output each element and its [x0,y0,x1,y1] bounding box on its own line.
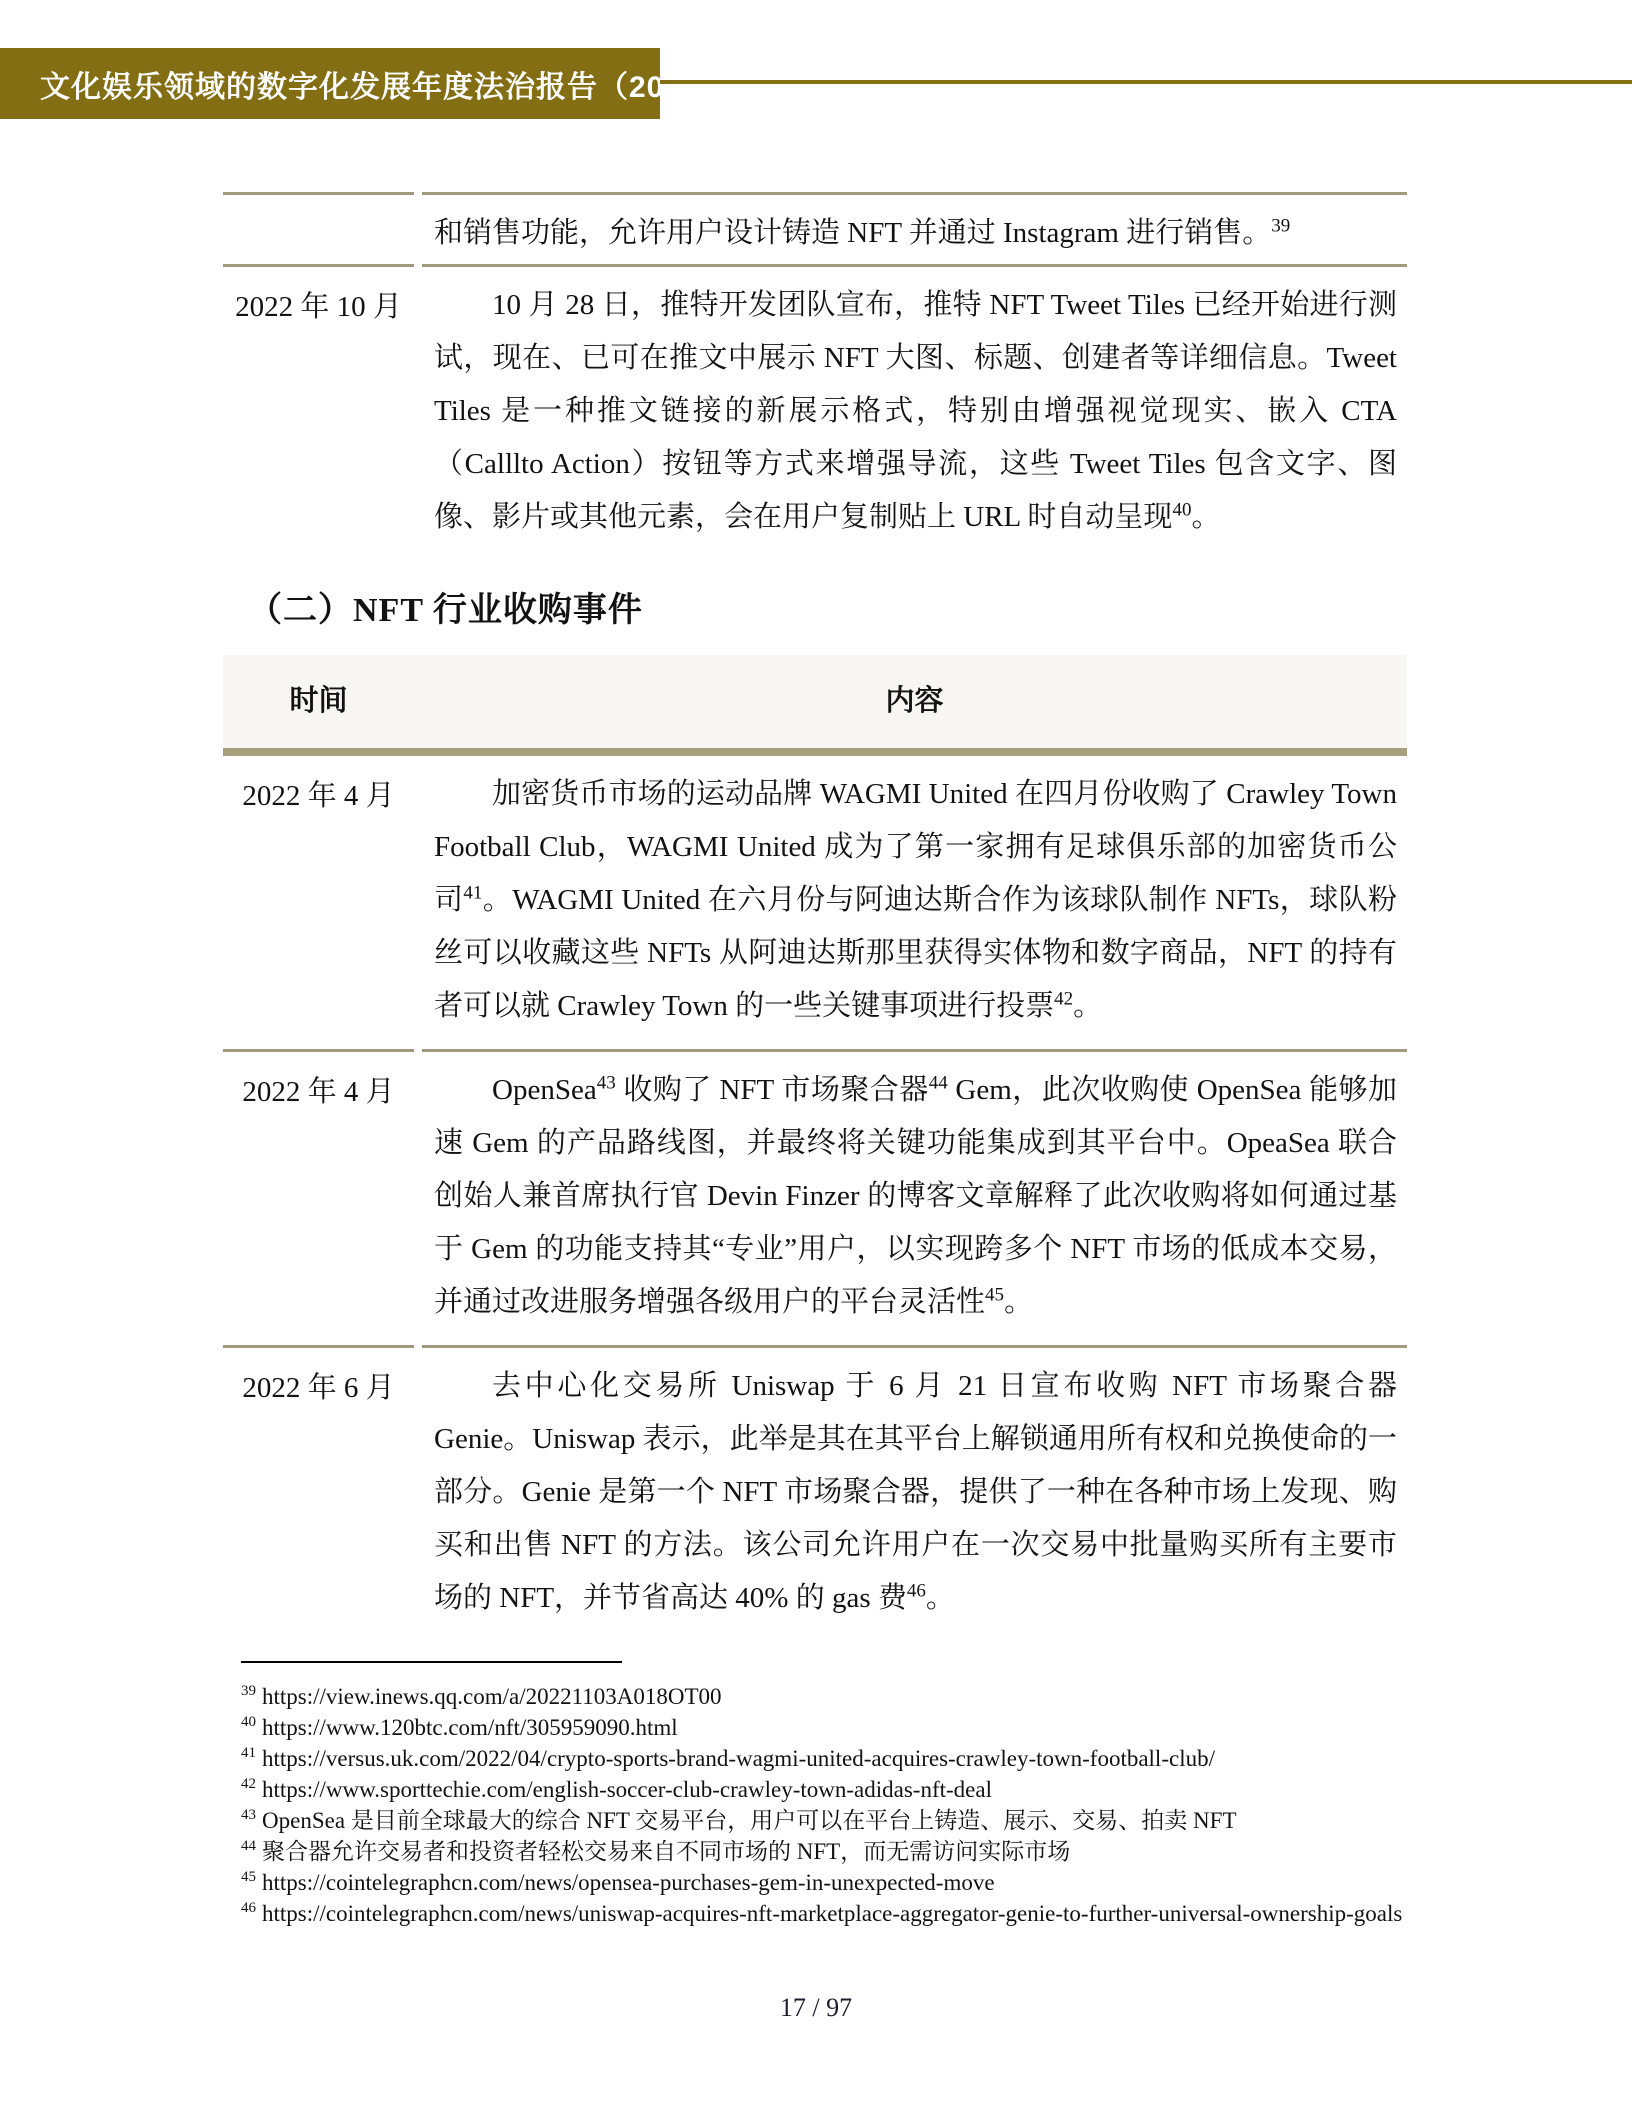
footnote-ref: 43 [597,1072,616,1093]
nft-acquisition-events-table: 时间 内容 2022 年 4 月加密货币市场的运动品牌 WAGMI United… [223,655,1407,1641]
row-content-cell: 去中心化交易所 Uniswap 于 6 月 21 日宣布收购 NFT 市场聚合器… [422,1345,1407,1641]
footnote-ref: 46 [907,1580,926,1601]
report-title: 文化娱乐领域的数字化发展年度法治报告（2022） [40,62,731,106]
footnote-ref: 41 [463,882,482,903]
footnote-number: 43 [241,1807,256,1823]
footnote-number: 41 [241,1745,256,1761]
row-content-cell: 10 月 28 日，推特开发团队宣布，推特 NFT Tweet Tiles 已经… [422,264,1407,560]
footnote-number: 44 [241,1838,256,1854]
footnote-ref: 39 [1271,215,1290,236]
row-content-cell: 和销售功能，允许用户设计铸造 NFT 并通过 Instagram 进行销售。39 [422,192,1407,264]
table-body: 2022 年 4 月加密货币市场的运动品牌 WAGMI United 在四月份收… [223,756,1407,1641]
section-heading: （二）NFT 行业收购事件 [248,582,643,631]
footnote-item: 41https://versus.uk.com/2022/04/crypto-s… [241,1743,1417,1774]
report-title-banner: 文化娱乐领域的数字化发展年度法治报告（2022） [0,48,660,119]
footnote-list: 39https://view.inews.qq.com/a/20221103A0… [241,1681,1417,1929]
row-time-cell: 2022 年 4 月 [223,756,414,1049]
footnote-item: 39https://view.inews.qq.com/a/20221103A0… [241,1681,1417,1712]
footnote-number: 46 [241,1900,256,1916]
footnote-item: 45https://cointelegraphcn.com/news/opens… [241,1867,1417,1898]
table-header-row: 时间 内容 [223,655,1407,748]
table-row: 2022 年 4 月OpenSea43 收购了 NFT 市场聚合器44 Gem，… [223,1049,1407,1345]
footnotes-block: 39https://view.inews.qq.com/a/20221103A0… [241,1661,1417,1929]
document-page: 文化娱乐领域的数字化发展年度法治报告（2022） 和销售功能，允许用户设计铸造 … [0,0,1632,2112]
footnote-item: 42https://www.sporttechie.com/english-so… [241,1774,1417,1805]
row-content-cell: 加密货币市场的运动品牌 WAGMI United 在四月份收购了 Crawley… [422,756,1407,1049]
row-time-cell: 2022 年 4 月 [223,1049,414,1345]
footnote-number: 39 [241,1683,256,1699]
footnote-item: 40https://www.120btc.com/nft/305959090.h… [241,1712,1417,1743]
table-row: 和销售功能，允许用户设计铸造 NFT 并通过 Instagram 进行销售。39 [223,192,1407,264]
row-content-paragraph: 去中心化交易所 Uniswap 于 6 月 21 日宣布收购 NFT 市场聚合器… [434,1360,1397,1625]
footnote-ref: 42 [1054,988,1073,1009]
row-time-cell: 2022 年 6 月 [223,1345,414,1641]
footnote-item: 46https://cointelegraphcn.com/news/unisw… [241,1898,1417,1929]
table-row: 2022 年 10 月10 月 28 日，推特开发团队宣布，推特 NFT Twe… [223,264,1407,560]
table-header-rule [223,748,1407,756]
banner-rule [660,80,1632,84]
table-header-content: 内容 [422,655,1407,748]
page-footer: 17 / 97 [0,1993,1632,2023]
row-content-paragraph: OpenSea43 收购了 NFT 市场聚合器44 Gem，此次收购使 Open… [434,1064,1397,1329]
footnote-ref: 40 [1172,499,1191,520]
footnote-number: 45 [241,1869,256,1885]
footnote-item: 43OpenSea 是目前全球最大的综合 NFT 交易平台，用户可以在平台上铸造… [241,1805,1417,1836]
footnote-number: 42 [241,1776,256,1792]
page-number: 17 / 97 [780,1993,852,2022]
row-content-paragraph: 加密货币市场的运动品牌 WAGMI United 在四月份收购了 Crawley… [434,768,1397,1033]
footnote-ref: 44 [929,1072,948,1093]
row-content-cell: OpenSea43 收购了 NFT 市场聚合器44 Gem，此次收购使 Open… [422,1049,1407,1345]
footnote-ref: 45 [985,1284,1004,1305]
row-content-paragraph: 和销售功能，允许用户设计铸造 NFT 并通过 Instagram 进行销售。39 [434,207,1397,260]
row-content-paragraph: 10 月 28 日，推特开发团队宣布，推特 NFT Tweet Tiles 已经… [434,279,1397,544]
nft-platform-events-table: 和销售功能，允许用户设计铸造 NFT 并通过 Instagram 进行销售。39… [223,192,1407,560]
table-header-time: 时间 [223,655,414,748]
footnote-item: 44聚合器允许交易者和投资者轻松交易来自不同市场的 NFT，而无需访问实际市场 [241,1836,1417,1867]
row-time-cell [223,192,414,264]
row-time-cell: 2022 年 10 月 [223,264,414,560]
table-row: 2022 年 6 月去中心化交易所 Uniswap 于 6 月 21 日宣布收购… [223,1345,1407,1641]
footnote-separator [241,1661,622,1663]
footnote-number: 40 [241,1714,256,1730]
table-row: 2022 年 4 月加密货币市场的运动品牌 WAGMI United 在四月份收… [223,756,1407,1049]
